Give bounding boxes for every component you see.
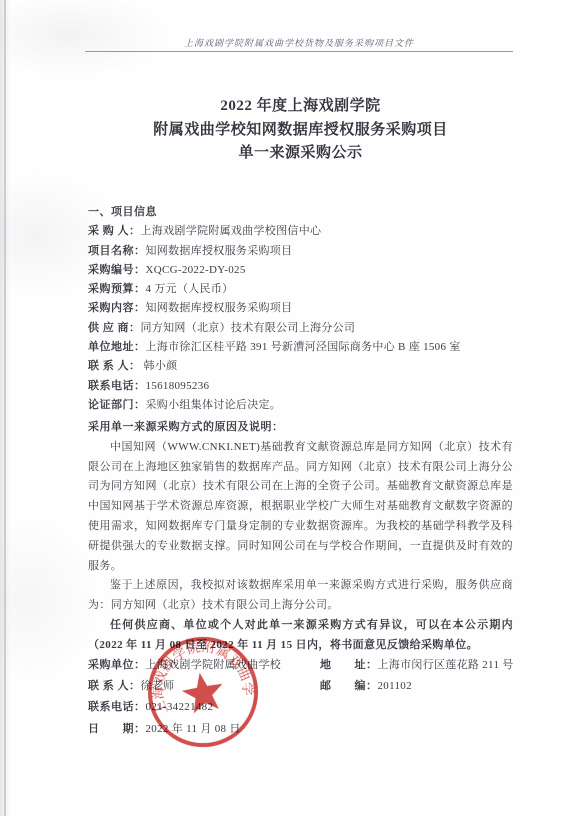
field-value: 上海戏剧学院附属戏曲学校图信中心 [141,225,322,237]
field-row: 联 系 人： 韩小颜 [88,357,513,376]
field-value: 知网数据库授权服务采购项目 [146,245,293,257]
field-value: XQCG-2022-DY-025 [146,264,246,276]
field-label: 单位地址： [88,341,146,353]
reason-paragraph-2: 鉴于上述原因，我校拟对该数据库采用单一来源采购方式进行采购，服务供应商为：同方知… [88,576,513,616]
reason-paragraph-1: 中国知网（WWW.CNKI.NET)基础教育文献资源总库是同方知网（北京）技术有… [88,438,513,577]
field-row: 联系电话：15618095236 [88,377,513,396]
field-value: 韩小颜 [141,360,178,372]
official-seal-stamp: 上海戏剧学院附属戏曲学校 [135,624,272,761]
document-page: 上海戏剧学院附属戏曲学校货物及服务采购项目文件 2022 年度上海戏剧学院 附属… [0,0,578,816]
footer-right-column: 地 址：上海市闵行区莲花路 211 号 邮 编：201102 [320,655,520,697]
field-value: 4 万元（人民币） [146,283,234,295]
field-value: 知网数据库授权服务采购项目 [146,302,293,314]
field-label: 供 应 商： [88,322,141,334]
page-header: 上海戏剧学院附属戏曲学校货物及服务采购项目文件 [85,36,513,49]
field-value: 15618095236 [146,380,210,392]
field-label: 联 系 人： [88,360,141,372]
document-title: 2022 年度上海戏剧学院 附属戏曲学校知网数据库授权服务采购项目 单一来源采购… [88,95,513,166]
project-info-section: 一、项目信息 采 购 人：上海戏剧学院附属戏曲学校图信中心 项目名称：知网数据库… [88,203,513,415]
title-line-1: 2022 年度上海戏剧学院 [88,95,513,119]
field-row: 项目名称：知网数据库授权服务采购项目 [88,242,513,261]
single-source-reason-section: 采用单一来源采购方式的原因及说明： 中国知网（WWW.CNKI.NET)基础教育… [88,418,513,656]
field-row: 地 址：上海市闵行区莲花路 211 号 [320,655,520,676]
field-label: 联系电话： [88,701,146,713]
field-label: 日 期： [88,723,146,735]
field-label: 邮 编： [320,680,378,692]
field-value: 201102 [378,680,412,692]
field-value: 上海市徐汇区桂平路 391 号新漕河泾国际商务中心 B 座 1506 室 [146,341,461,353]
field-row: 论证部门：采购小组集体讨论后决定。 [88,396,513,415]
scan-edge-line [4,0,6,816]
field-row: 邮 编：201102 [320,676,520,697]
field-label: 采购内容： [88,302,146,314]
field-value: 上海市闵行区莲花路 211 号 [378,659,514,671]
title-line-2: 附属戏曲学校知网数据库授权服务采购项目 [88,119,513,143]
field-row: 采 购 人：上海戏剧学院附属戏曲学校图信中心 [88,222,513,241]
field-row: 供 应 商：同方知网（北京）技术有限公司上海分公司 [88,319,513,338]
star-icon [179,669,226,715]
header-rule [85,51,513,52]
field-value: 同方知网（北京）技术有限公司上海分公司 [141,322,356,334]
title-line-3: 单一来源采购公示 [88,142,513,166]
field-row: 采购编号：XQCG-2022-DY-025 [88,261,513,280]
field-label: 论证部门： [88,399,146,411]
field-row: 单位地址：上海市徐汇区桂平路 391 号新漕河泾国际商务中心 B 座 1506 … [88,338,513,357]
field-label: 采购预算： [88,283,146,295]
field-label: 联系电话： [88,380,146,392]
field-label: 联 系 人： [88,680,141,692]
field-row: 采购预算：4 万元（人民币） [88,280,513,299]
field-label: 地 址： [320,659,378,671]
field-label: 采购编号： [88,264,146,276]
section-heading: 一、项目信息 [88,203,513,222]
field-label: 项目名称： [88,245,146,257]
field-value: 采购小组集体讨论后决定。 [146,399,282,411]
reason-heading: 采用单一来源采购方式的原因及说明： [88,418,513,438]
field-row: 采购内容：知网数据库授权服务采购项目 [88,299,513,318]
field-label: 采 购 人： [88,225,141,237]
